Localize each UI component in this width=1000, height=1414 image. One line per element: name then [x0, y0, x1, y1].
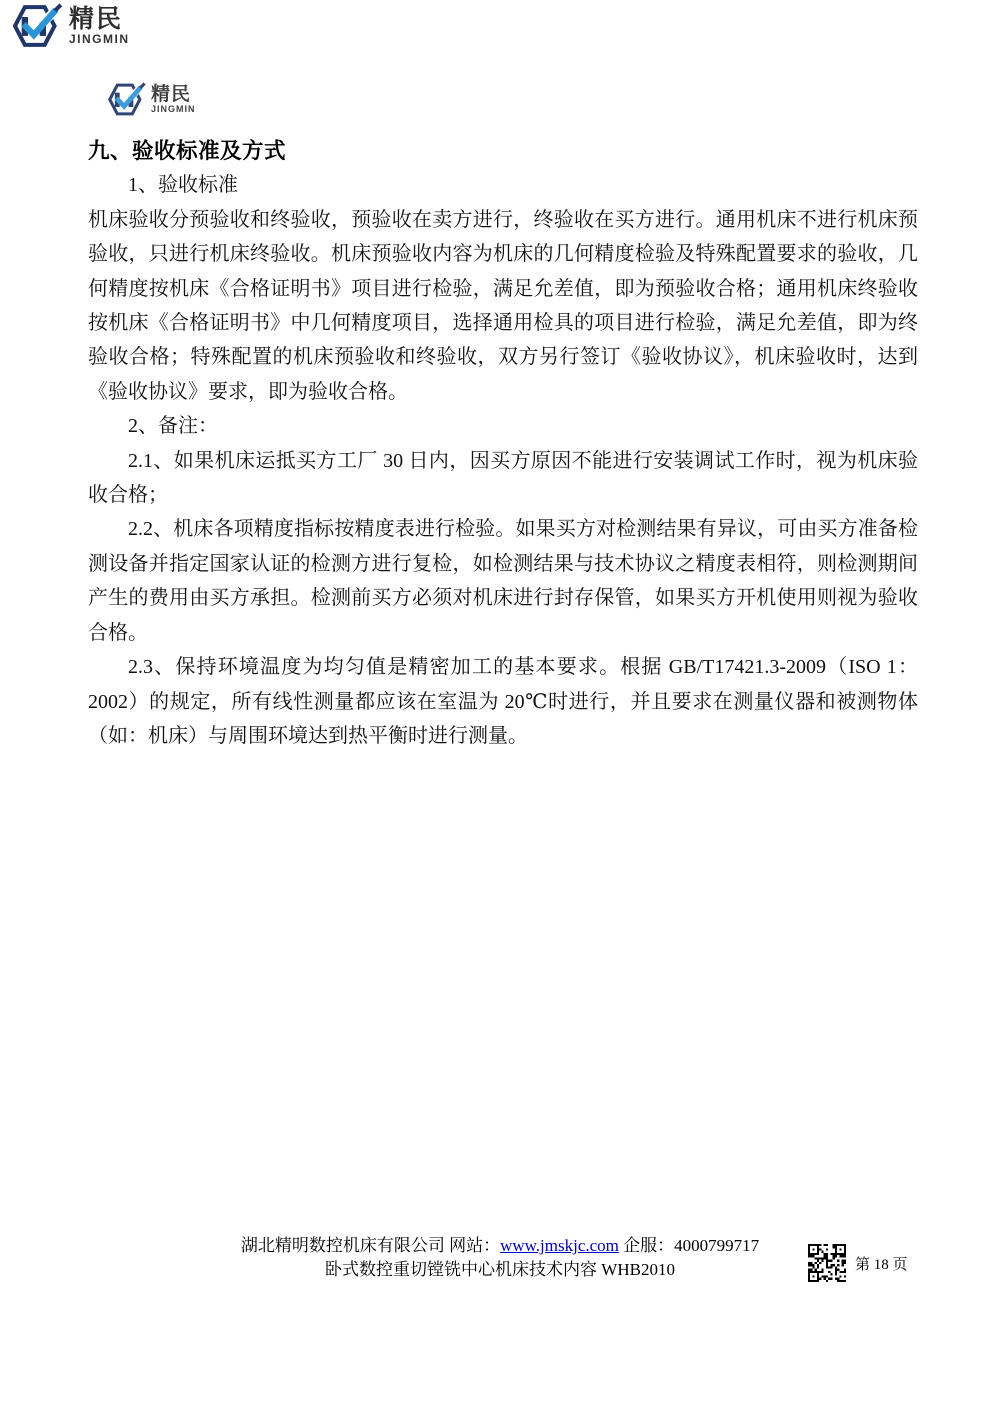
footer-contact-text: 企服：4000799717	[619, 1236, 759, 1255]
logo-chinese-name: 精民	[151, 85, 196, 105]
paragraph-acceptance-standard: 机床验收分预验收和终验收，预验收在卖方进行，终验收在买方进行。通用机床不进行机床…	[88, 203, 918, 409]
document-body: 九、验收标准及方式 1、验收标准 机床验收分预验收和终验收，预验收在卖方进行，终…	[88, 134, 918, 753]
subsection-title-2: 2、备注：	[88, 409, 918, 443]
company-logo-header: 精民 JINGMIN	[10, 3, 130, 49]
subsection-title-1: 1、验收标准	[88, 168, 918, 202]
document-page: 精民 JINGMIN 精民 JINGMIN 九、验收标准及方式 1、验收标准 机…	[0, 0, 1000, 1414]
page-number-block: 第 18 页	[808, 1244, 908, 1282]
paragraph-note-2-3: 2.3、保持环境温度为均匀值是精密加工的基本要求。根据 GB/T17421.3-…	[88, 650, 918, 753]
logo-hexagon-icon	[106, 82, 147, 117]
paragraph-note-2-2: 2.2、机床各项精度指标按精度表进行检验。如果买方对检测结果有异议，可由买方准备…	[88, 512, 918, 650]
logo-english-name: JINGMIN	[151, 105, 196, 115]
logo-text: 精民 JINGMIN	[151, 85, 196, 115]
page-number-label: 第 18 页	[855, 1253, 908, 1274]
logo-text: 精民 JINGMIN	[69, 6, 130, 45]
section-heading: 九、验收标准及方式	[88, 134, 918, 168]
logo-chinese-name: 精民	[69, 6, 130, 32]
logo-english-name: JINGMIN	[69, 33, 130, 46]
website-link[interactable]: www.jmskjc.com	[500, 1236, 619, 1255]
paragraph-note-2-1: 2.1、如果机床运抵买方工厂 30 日内，因买方原因不能进行安装调试工作时，视为…	[88, 444, 918, 513]
company-logo-inline: 精民 JINGMIN	[106, 82, 196, 117]
qr-code	[808, 1244, 846, 1282]
footer-company-text: 湖北精明数控机床有限公司 网站：	[241, 1236, 500, 1255]
logo-hexagon-icon	[10, 3, 64, 49]
